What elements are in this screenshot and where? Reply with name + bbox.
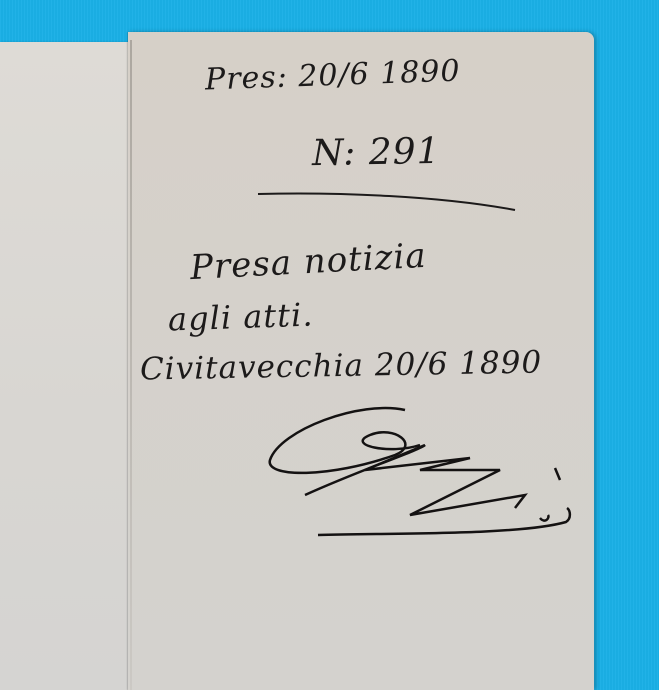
handwriting-strokes [0,0,659,690]
underline-stroke [258,194,515,210]
signature-icon [270,408,570,535]
